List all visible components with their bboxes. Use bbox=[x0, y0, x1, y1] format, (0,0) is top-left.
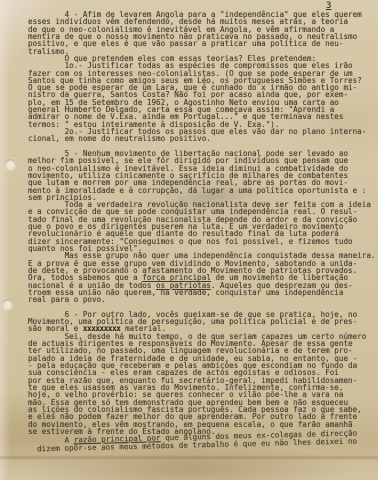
typewritten-text: 4 - Afim de levarem Angola para a "indep… bbox=[28, 11, 374, 450]
document-page: 3 4 - Afim de levarem Angola para a "ind… bbox=[0, 0, 378, 480]
paper-crease bbox=[0, 455, 378, 460]
punch-hole bbox=[2, 299, 13, 310]
text-line: positivo, e que eles é que vão passar a … bbox=[28, 40, 374, 47]
punch-hole bbox=[5, 159, 16, 170]
page-left-edge bbox=[0, 0, 10, 480]
text-line: real para o povo. bbox=[28, 296, 374, 303]
text-line: cional, em nome do neutralismo positivo. bbox=[28, 135, 374, 142]
